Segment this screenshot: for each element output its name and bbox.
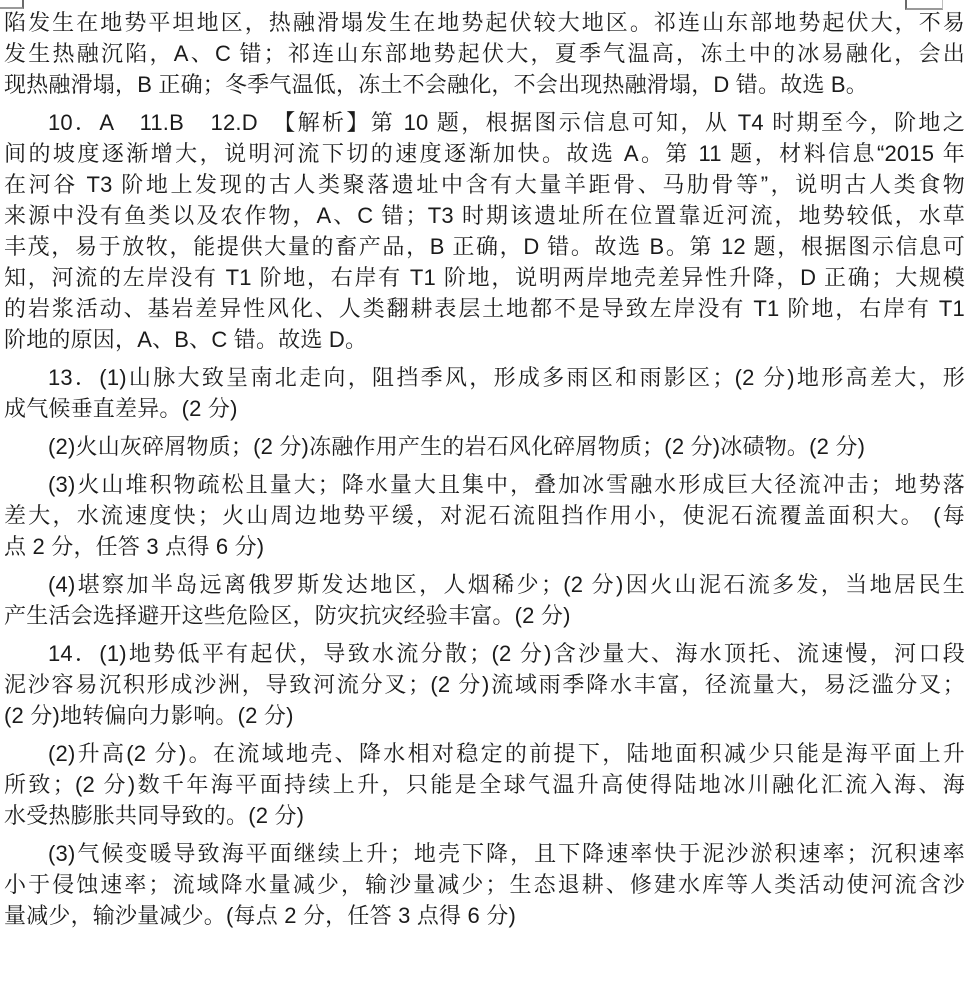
answer-key-page: 陷发生在地势平坦地区，热融滑塌发生在地势起伏较大地区。祁连山东部地势起伏大，不易… [0, 0, 972, 995]
text-line: 陷发生在地势平坦地区，热融滑塌发生在地势起伏较大地区。祁连山东部地势起伏大，不易 [4, 7, 965, 38]
text-line: 水受热膨胀共同导致的。(2 分) [4, 800, 965, 831]
text-line: (3)火山堆积物疏松且量大；降水量大且集中，叠加冰雪融水形成巨大径流冲击；地势落 [4, 469, 965, 500]
text-line: 知，河流的左岸没有 T1 阶地，右岸有 T1 阶地，说明两岸地壳差异性升降，D … [4, 262, 965, 293]
text-line: 10．A 11.B 12.D 【解析】第 10 题，根据图示信息可知，从 T4 … [4, 107, 965, 138]
text-line: 产生活会选择避开这些危险区，防灾抗灾经验丰富。(2 分) [4, 600, 965, 631]
text-line: 现热融滑塌，B 正确；冬季气温低，冻土不会融化，不会出现热融滑塌，D 错。故选 … [4, 69, 965, 100]
paragraph: (3)气候变暖导致海平面继续上升；地壳下降，且下降速率快于泥沙淤积速率；沉积速率… [4, 838, 965, 931]
text-line: 泥沙容易沉积形成沙洲，导致河流分叉；(2 分)流域雨季降水丰富，径流量大，易泛滥… [4, 669, 965, 700]
text-line: 的岩浆活动、基岩差异性风化、人类翻耕表层土地都不是导致左岸没有 T1 阶地，右岸… [4, 293, 965, 324]
text-line: 点 2 分，任答 3 点得 6 分) [4, 531, 965, 562]
text-line: 发生热融沉陷，A、C 错；祁连山东部地势起伏大，夏季气温高，冻土中的冰易融化，会… [4, 38, 965, 69]
text-line: (3)气候变暖导致海平面继续上升；地壳下降，且下降速率快于泥沙淤积速率；沉积速率 [4, 838, 965, 869]
paragraph: (2)火山灰碎屑物质；(2 分)冻融作用产生的岩石风化碎屑物质；(2 分)冰碛物… [4, 431, 965, 462]
text-line: (2 分)地转偏向力影响。(2 分) [4, 700, 965, 731]
paragraph: 14．(1)地势低平有起伏，导致水流分散；(2 分)含沙量大、海水顶托、流速慢，… [4, 638, 965, 731]
paragraph: 10．A 11.B 12.D 【解析】第 10 题，根据图示信息可知，从 T4 … [4, 107, 965, 355]
text-line: 间的坡度逐渐增大，说明河流下切的速度逐渐加快。故选 A。第 11 题，材料信息“… [4, 138, 965, 169]
paragraph: (2)升高(2 分)。在流域地壳、降水相对稳定的前提下，陆地面积减少只能是海平面… [4, 738, 965, 831]
text-line: 丰茂，易于放牧，能提供大量的畜产品，B 正确，D 错。故选 B。第 12 题，根… [4, 231, 965, 262]
text-line: 量减少，输沙量减少。(每点 2 分，任答 3 点得 6 分) [4, 900, 965, 931]
text-line: (4)堪察加半岛远离俄罗斯发达地区，人烟稀少；(2 分)因火山泥石流多发，当地居… [4, 569, 965, 600]
text-line: 来源中没有鱼类以及农作物，A、C 错；T3 时期该遗址所在位置靠近河流，地势较低… [4, 200, 965, 231]
text-line: 所致；(2 分)数千年海平面持续上升，只能是全球气温升高使得陆地冰川融化汇流入海… [4, 769, 965, 800]
text-line: 14．(1)地势低平有起伏，导致水流分散；(2 分)含沙量大、海水顶托、流速慢，… [4, 638, 965, 669]
text-line: 在河谷 T3 阶地上发现的古人类聚落遗址中含有大量羊距骨、马肋骨等”，说明古人类… [4, 169, 965, 200]
text-line: 阶地的原因，A、B、C 错。故选 D。 [4, 324, 965, 355]
paragraph: (3)火山堆积物疏松且量大；降水量大且集中，叠加冰雪融水形成巨大径流冲击；地势落… [4, 469, 965, 562]
text-line: 小于侵蚀速率；流域降水量减少，输沙量减少；生态退耕、修建水库等人类活动使河流含沙 [4, 869, 965, 900]
text-line: (2)升高(2 分)。在流域地壳、降水相对稳定的前提下，陆地面积减少只能是海平面… [4, 738, 965, 769]
text-line: (2)火山灰碎屑物质；(2 分)冻融作用产生的岩石风化碎屑物质；(2 分)冰碛物… [4, 431, 965, 462]
text-line: 成气候垂直差异。(2 分) [4, 393, 965, 424]
text-line: 差大，水流速度快；火山周边地势平缓，对泥石流阻挡作用小，使泥石流覆盖面积大。 (… [4, 500, 965, 531]
text-line: 13．(1)山脉大致呈南北走向，阻挡季风，形成多雨区和雨影区；(2 分)地形高差… [4, 362, 965, 393]
paragraph: (4)堪察加半岛远离俄罗斯发达地区，人烟稀少；(2 分)因火山泥石流多发，当地居… [4, 569, 965, 631]
answer-text-block: 陷发生在地势平坦地区，热融滑塌发生在地势起伏较大地区。祁连山东部地势起伏大，不易… [4, 7, 965, 931]
paragraph: 13．(1)山脉大致呈南北走向，阻挡季风，形成多雨区和雨影区；(2 分)地形高差… [4, 362, 965, 424]
paragraph: 陷发生在地势平坦地区，热融滑塌发生在地势起伏较大地区。祁连山东部地势起伏大，不易… [4, 7, 965, 100]
